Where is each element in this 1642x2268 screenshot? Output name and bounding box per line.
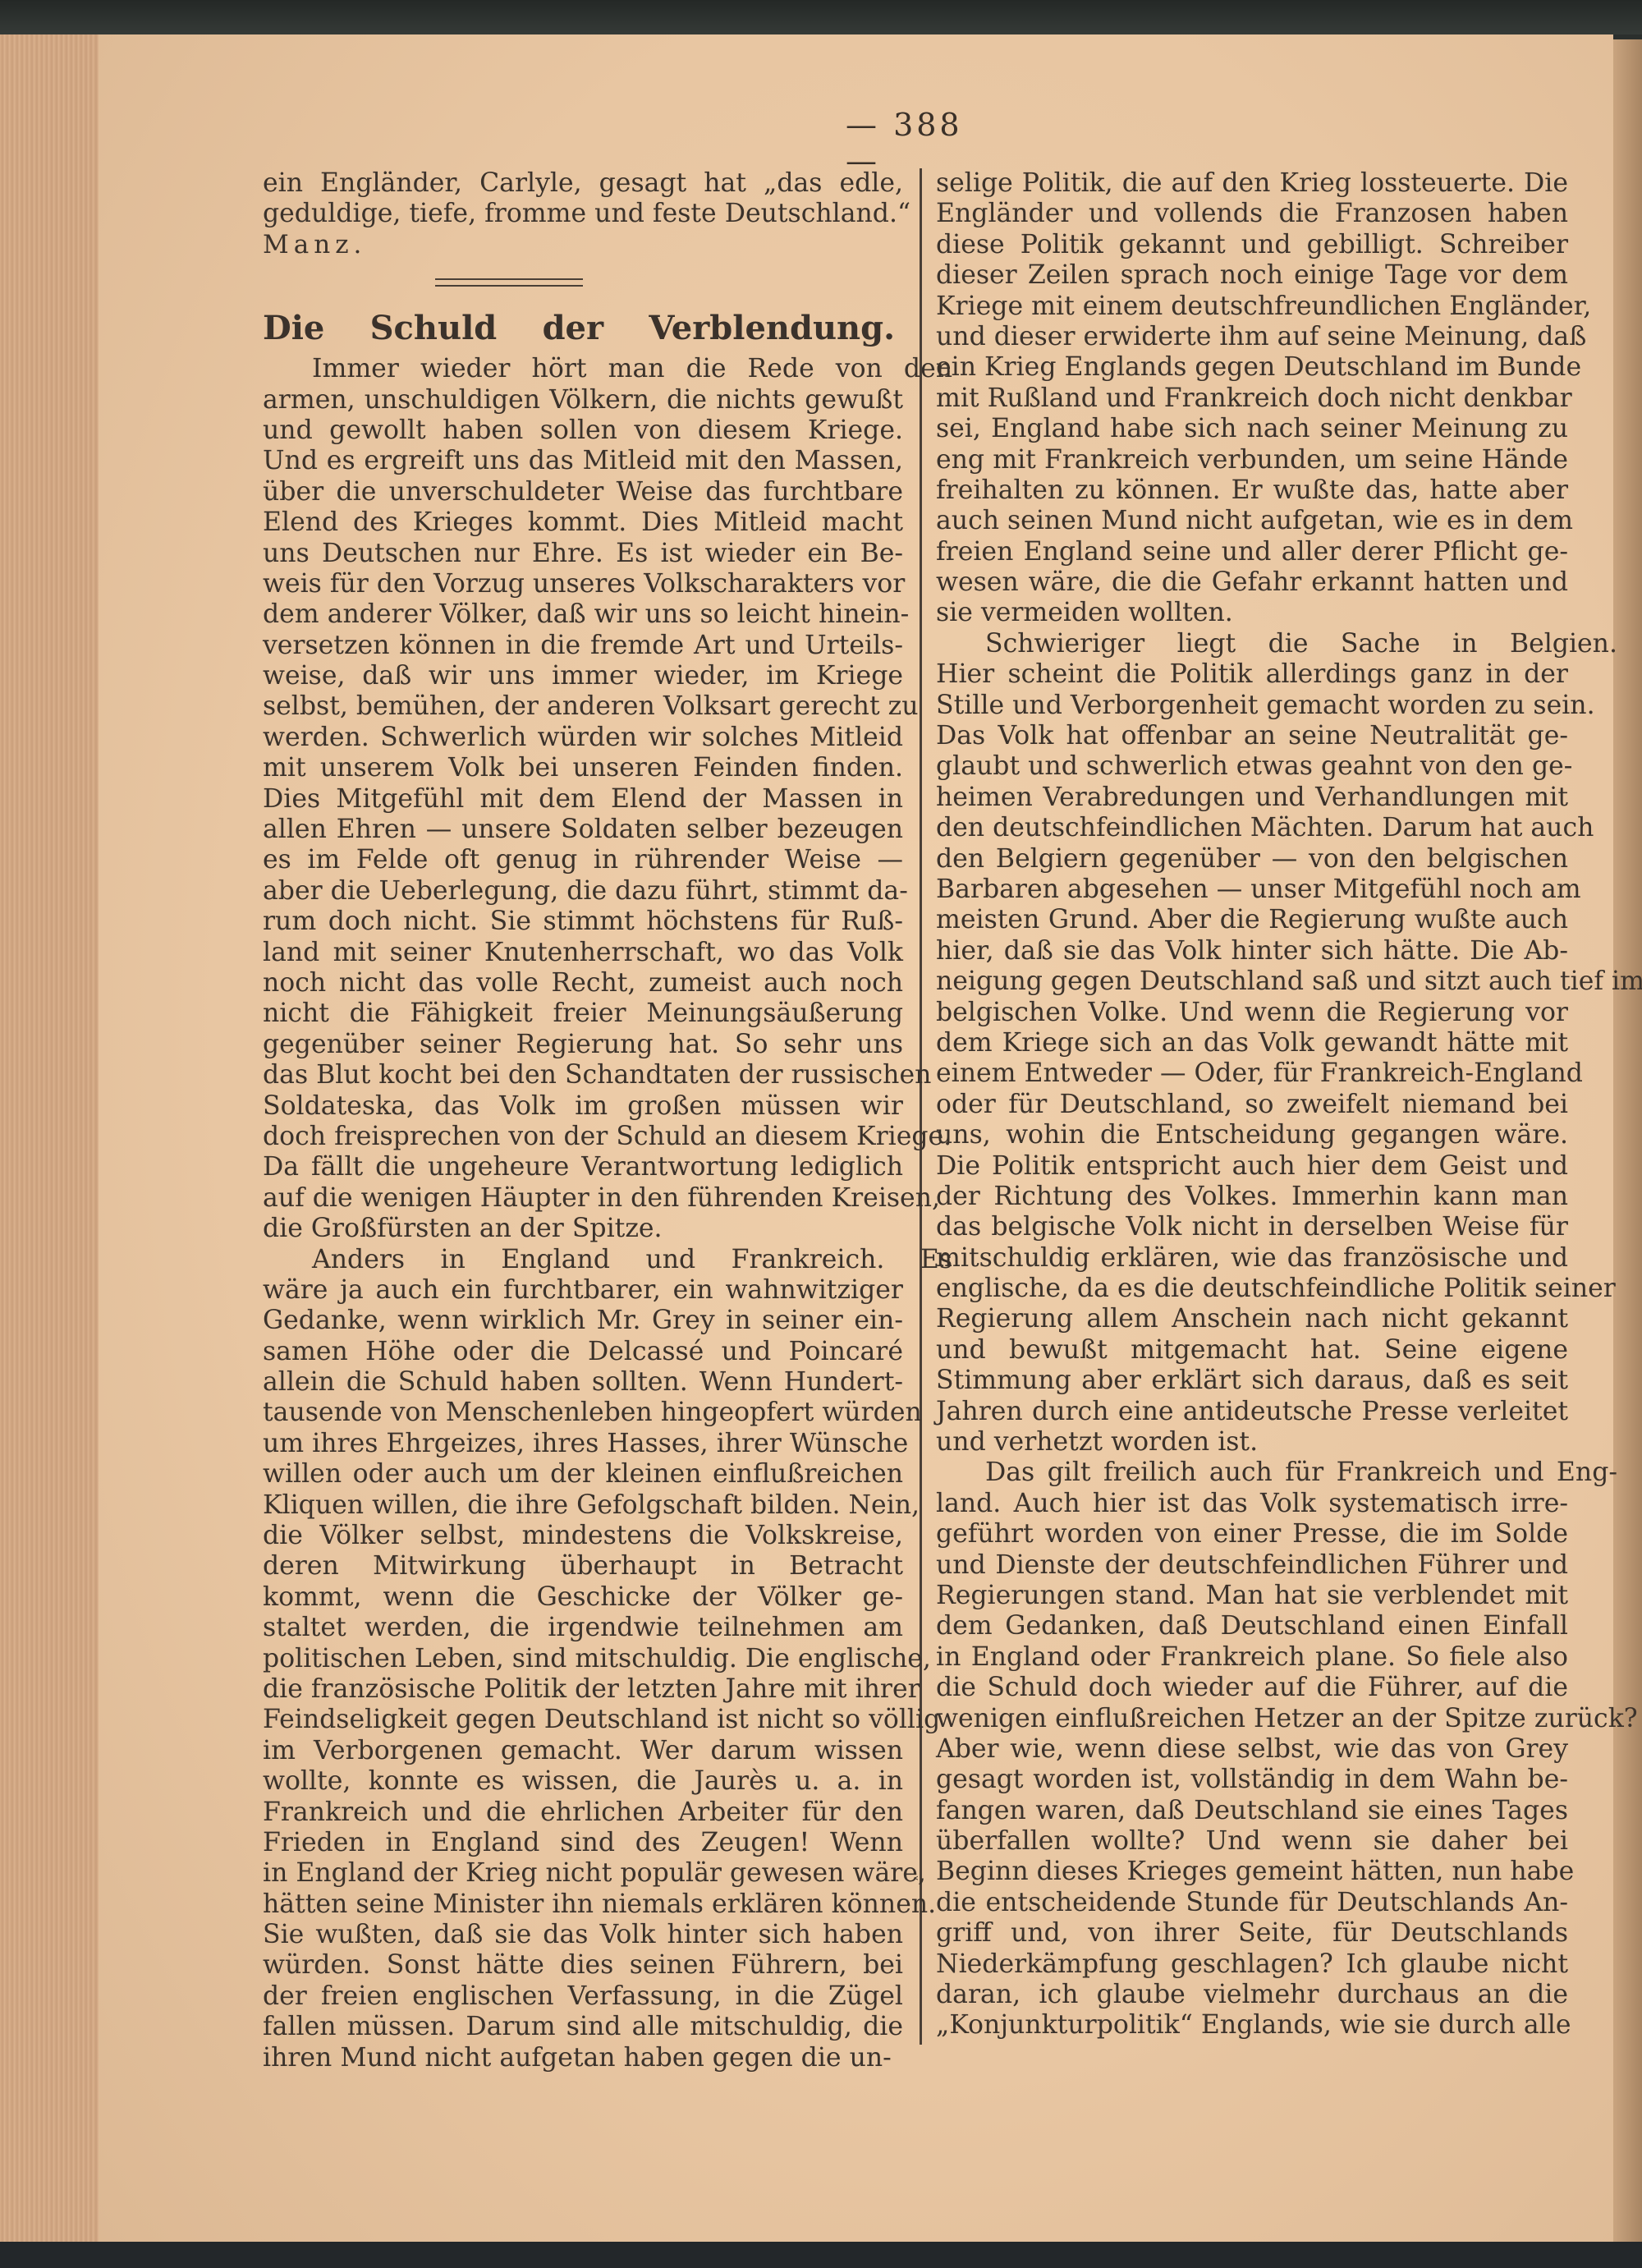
text-line: Kliquen willen, die ihre Gefolgschaft bi… (263, 1490, 903, 1521)
text-line: Das gilt freilich auch für Frankreich un… (936, 1458, 1617, 1488)
text-line: Die Politik entspricht auch hier dem Gei… (936, 1151, 1568, 1182)
text-line: Feindseligkeit gegen Deutschland ist nic… (263, 1705, 903, 1735)
text-line: „Konjunkturpolitik“ Englands, wie sie du… (936, 2010, 1568, 2041)
text-line: selbst, bemühen, der anderen Volksart ge… (263, 691, 903, 722)
text-line: sei, England habe sich nach seiner Meinu… (936, 414, 1568, 444)
text-line: Gedanke, wenn wirklich Mr. Grey in seine… (263, 1306, 903, 1336)
left-column: ein Engländer, Carlyle, gesagt hat „das … (263, 168, 928, 2073)
text-line: weis für den Vorzug unseres Volkscharakt… (263, 569, 903, 599)
text-line: eng mit Frankreich verbunden, um seine H… (936, 445, 1568, 475)
text-line: land mit seiner Knutenherrschaft, wo das… (263, 938, 903, 968)
text-line: aber die Ueberlegung, die dazu führt, st… (263, 876, 903, 907)
text-line: überfallen wollte? Und wenn sie daher be… (936, 1826, 1568, 1857)
text-line: und dieser erwiderte ihm auf seine Meinu… (936, 322, 1568, 352)
text-line: geduldige, tiefe, fromme und feste Deuts… (263, 199, 903, 229)
page-stack-edge (0, 34, 99, 2252)
text-line: Und es ergreift uns das Mitleid mit den … (263, 446, 903, 476)
text-line: um ihres Ehrgeizes, ihres Hasses, ihrer … (263, 1429, 903, 1459)
text-line: Das Volk hat offenbar an seine Neutralit… (936, 721, 1568, 751)
text-line: willen oder auch um der kleinen einflußr… (263, 1459, 903, 1490)
text-line: deren Mitwirkung überhaupt in Betracht (263, 1551, 903, 1582)
text-line: werden. Schwerlich würden wir solches Mi… (263, 723, 903, 753)
text-line: hier, daß sie das Volk hinter sich hätte… (936, 936, 1568, 966)
text-line: fallen müssen. Darum sind alle mitschuld… (263, 2012, 903, 2042)
text-line: und gewollt haben sollen von diesem Krie… (263, 415, 903, 446)
text-line: Niederkämpfung geschlagen? Ich glaube ni… (936, 1949, 1568, 1980)
text-line: uns Deutschen nur Ehre. Es ist wieder ei… (263, 539, 903, 569)
text-line: griff und, von ihrer Seite, für Deutschl… (936, 1918, 1568, 1949)
text-line: Stille und Verborgenheit gemacht worden … (936, 691, 1568, 721)
text-line: tausende von Menschenleben hingeopfert w… (263, 1398, 903, 1428)
text-line: fangen waren, daß Deutschland sie eines … (936, 1796, 1568, 1826)
text-line: Stimmung aber erklärt sich daraus, daß e… (936, 1366, 1568, 1396)
text-line: in England oder Frankreich plane. So fie… (936, 1642, 1568, 1673)
text-line: Barbaren abgesehen — unser Mitgefühl noc… (936, 875, 1568, 905)
text-line: allen Ehren — unsere Soldaten selber bez… (263, 815, 903, 845)
text-line: Beginn dieses Krieges gemeint hätten, nu… (936, 1857, 1568, 1887)
text-line: Schwieriger liegt die Sache in Belgien. (936, 629, 1617, 659)
text-line: weise, daß wir uns immer wieder, im Krie… (263, 661, 903, 691)
text-line: uns, wohin die Entscheidung gegangen wär… (936, 1120, 1568, 1150)
text-line: daran, ich glaube vielmehr durchaus an d… (936, 1980, 1568, 2010)
text-line: die entscheidende Stunde für Deutschland… (936, 1888, 1568, 1918)
text-line: staltet werden, die irgendwie teilnehmen… (263, 1613, 903, 1643)
text-line: Frieden in England sind des Zeugen! Wenn (263, 1828, 903, 1858)
text-line: auch seinen Mund nicht aufgetan, wie es … (936, 506, 1568, 536)
author-signature: Manz. (263, 230, 928, 260)
text-line: Da fällt die ungeheure Verantwortung led… (263, 1152, 903, 1182)
text-line: die Schuld doch wieder auf die Führer, a… (936, 1673, 1568, 1703)
text-line: Regierung allem Anschein nach nicht geka… (936, 1304, 1568, 1334)
text-line: die französische Politik der letzten Jah… (263, 1674, 903, 1705)
text-line: und bewußt mitgemacht hat. Seine eigene (936, 1335, 1568, 1366)
text-line: kommt, wenn die Geschicke der Völker ge- (263, 1582, 903, 1613)
text-line: freien England seine und aller derer Pfl… (936, 537, 1568, 567)
text-line: armen, unschuldigen Völkern, die nichts … (263, 385, 903, 415)
text-line: Sie wußten, daß sie das Volk hinter sich… (263, 1920, 903, 1950)
section-divider (435, 278, 583, 287)
text-line: es im Felde oft genug in rührender Weise… (263, 845, 903, 875)
text-line: heimen Verabredungen und Verhandlungen m… (936, 783, 1568, 813)
text-line: wollte, konnte es wissen, die Jaurès u. … (263, 1766, 903, 1797)
text-line: land. Auch hier ist das Volk systematisc… (936, 1489, 1568, 1519)
text-line: hätten seine Minister ihn niemals erklär… (263, 1889, 903, 1920)
text-line: ein Krieg Englands gegen Deutschland im … (936, 352, 1568, 383)
text-line: den Belgiern gegenüber — von den belgisc… (936, 844, 1568, 875)
text-line: Kriege mit einem deutschfreundlichen Eng… (936, 292, 1568, 322)
text-line: glaubt und schwerlich etwas geahnt von d… (936, 751, 1568, 782)
right-column: selige Politik, die auf den Krieg losste… (936, 168, 1568, 2041)
text-line: der Richtung des Volkes. Immerhin kann m… (936, 1182, 1568, 1212)
text-line: sie vermeiden wollten. (936, 598, 1568, 628)
text-line: englische, da es die deutschfeindliche P… (936, 1274, 1568, 1304)
text-line: Aber wie, wenn diese selbst, wie das von… (936, 1734, 1568, 1765)
text-line: Soldateska, das Volk im großen müssen wi… (263, 1091, 903, 1122)
text-line: doch freisprechen von der Schuld an dies… (263, 1122, 903, 1152)
book-cover-bottom (0, 2242, 1642, 2268)
text-line: das belgische Volk nicht in derselben We… (936, 1212, 1568, 1242)
text-line: meisten Grund. Aber die Regierung wußte … (936, 905, 1568, 935)
text-line: dem Gedanken, daß Deutschland einen Einf… (936, 1611, 1568, 1641)
text-line: versetzen können in die fremde Art und U… (263, 631, 903, 661)
text-line: Elend des Krieges kommt. Dies Mitleid ma… (263, 507, 903, 538)
text-line: Jahren durch eine antideutsche Presse ve… (936, 1397, 1568, 1427)
text-line: den deutschfeindlichen Mächten. Darum ha… (936, 813, 1568, 843)
article-body-right: selige Politik, die auf den Krieg losste… (936, 168, 1568, 2041)
text-line: samen Höhe oder die Delcassé und Poincar… (263, 1337, 903, 1367)
text-line: nicht die Fähigkeit freier Meinungsäußer… (263, 999, 903, 1029)
article-title: Die Schuld der Verblendung. (263, 305, 928, 352)
text-line: der freien englischen Verfassung, in die… (263, 1981, 903, 2012)
text-line: belgischen Volke. Und wenn die Regierung… (936, 998, 1568, 1028)
text-line: auf die wenigen Häupter in den führenden… (263, 1183, 903, 1214)
text-line: diese Politik gekannt und gebilligt. Sch… (936, 230, 1568, 260)
text-line: Engländer und vollends die Franzosen hab… (936, 199, 1568, 229)
text-line: gesagt worden ist, vollständig in dem Wa… (936, 1765, 1568, 1795)
text-line: geführt worden von einer Presse, die im … (936, 1519, 1568, 1549)
text-line: die Großfürsten an der Spitze. (263, 1214, 903, 1244)
text-line: über die unverschuldeter Weise das furch… (263, 477, 903, 507)
text-line: gegenüber seiner Regierung hat. So sehr … (263, 1030, 903, 1060)
text-line: Frankreich und die ehrlichen Arbeiter fü… (263, 1797, 903, 1828)
text-line: freihalten zu können. Er wußte das, hatt… (936, 475, 1568, 506)
text-line: in England der Krieg nicht populär gewes… (263, 1858, 903, 1889)
text-line: noch nicht das volle Recht, zumeist auch… (263, 968, 903, 999)
text-line: und Dienste der deutschfeindlichen Führe… (936, 1550, 1568, 1581)
text-line: und verhetzt worden ist. (936, 1427, 1568, 1458)
text-line: dieser Zeilen sprach noch einige Tage vo… (936, 260, 1568, 291)
text-line: einem Entweder — Oder, für Frankreich-En… (936, 1058, 1568, 1089)
text-line: mitschuldig erklären, wie das französisc… (936, 1243, 1568, 1274)
text-line: dem Kriege sich an das Volk gewandt hätt… (936, 1028, 1568, 1058)
text-line: allein die Schuld haben sollten. Wenn Hu… (263, 1367, 903, 1398)
text-line: oder für Deutschland, so zweifelt nieman… (936, 1090, 1568, 1120)
text-line: ein Engländer, Carlyle, gesagt hat „das … (263, 168, 903, 199)
text-line: wenigen einflußreichen Hetzer an der Spi… (936, 1704, 1568, 1734)
text-line: selige Politik, die auf den Krieg losste… (936, 168, 1568, 199)
text-line: wäre ja auch ein furchtbarer, ein wahnwi… (263, 1275, 903, 1306)
text-line: Regierungen stand. Man hat sie verblende… (936, 1581, 1568, 1611)
text-line: Immer wieder hört man die Rede von den (263, 354, 952, 384)
page-curl-edge (1613, 39, 1642, 2248)
text-line: wesen wäre, die die Gefahr erkannt hatte… (936, 567, 1568, 598)
text-line: im Verborgenen gemacht. Wer darum wissen (263, 1736, 903, 1766)
text-line: politischen Leben, sind mitschuldig. Die… (263, 1644, 903, 1674)
text-line: rum doch nicht. Sie stimmt höchstens für… (263, 907, 903, 937)
text-line: würden. Sonst hätte dies seinen Führern,… (263, 1950, 903, 1981)
article-body-left: Immer wieder hört man die Rede von denar… (263, 354, 928, 2073)
text-line: die Völker selbst, mindestens die Volksk… (263, 1521, 903, 1551)
text-line: das Blut kocht bei den Schandtaten der r… (263, 1060, 903, 1090)
book-cover-top (0, 0, 1642, 34)
text-line: Anders in England und Frankreich. Es (263, 1245, 952, 1275)
text-line: Dies Mitgefühl mit dem Elend der Massen … (263, 784, 903, 815)
text-line: ihren Mund nicht aufgetan haben gegen di… (263, 2043, 903, 2073)
text-line: Hier scheint die Politik allerdings ganz… (936, 659, 1568, 690)
text-line: dem anderer Völker, daß wir uns so leich… (263, 599, 903, 630)
text-line: mit Rußland und Frankreich doch nicht de… (936, 383, 1568, 414)
text-line: neigung gegen Deutschland saß und sitzt … (936, 966, 1568, 997)
text-line: mit unserem Volk bei unseren Feinden fin… (263, 753, 903, 783)
